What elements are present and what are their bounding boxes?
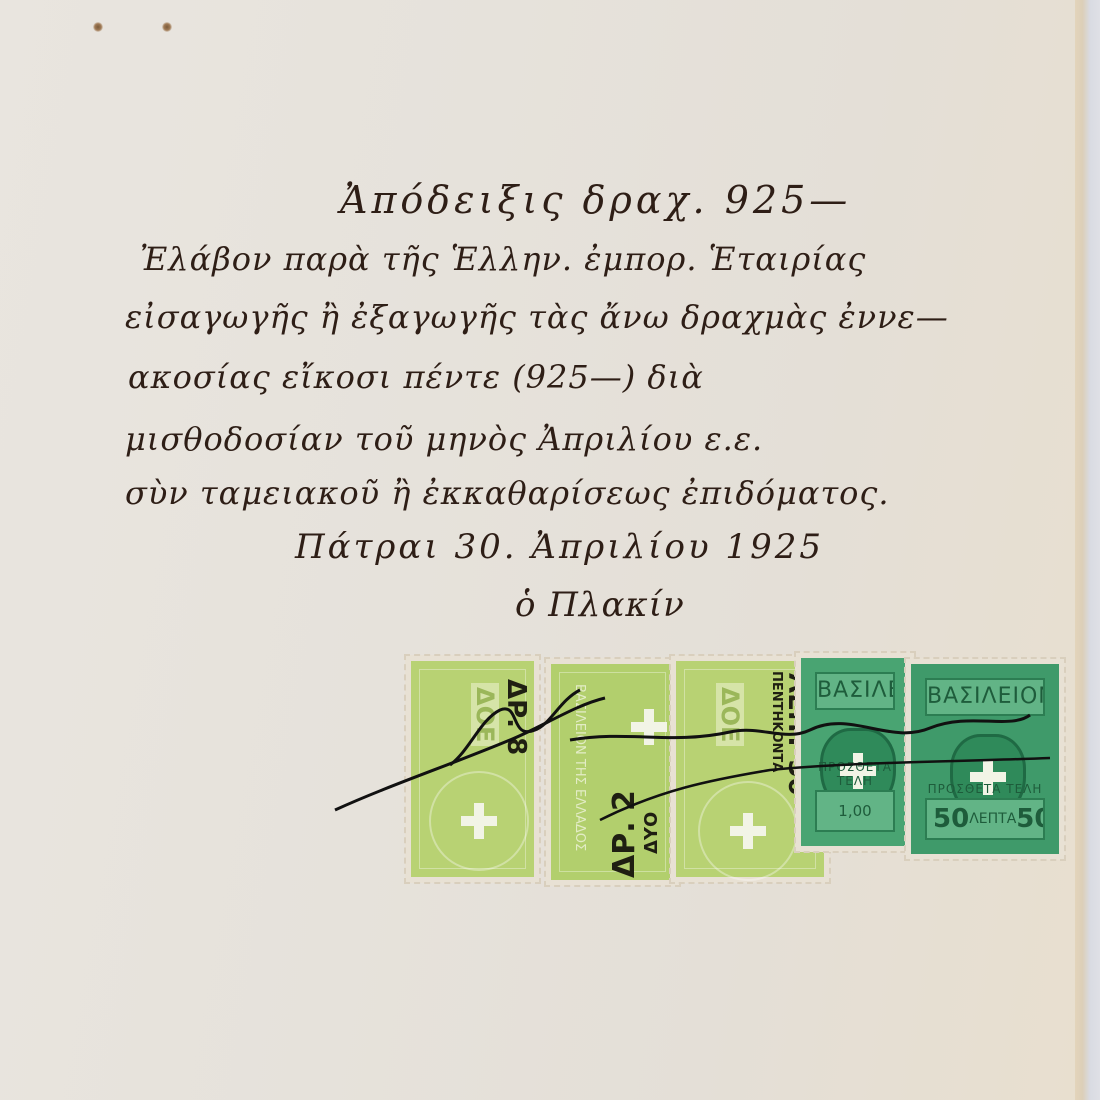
stamp-header: ΒΑΣΙΛΕΙΟΝ [815,672,895,710]
pin-hole-left [93,22,103,32]
stamp-side-text: ΒΑΣΙΛΕΙΟΝ ΤΗΣ ΕΛΛΑΔΟΣ [572,684,587,851]
cross-icon [461,803,497,839]
signatory-line: ὁ Πλακίν [515,585,685,625]
body-line-2: εἰσαγωγῆς ἢ ἐξαγωγῆς τὰς ἄνω δραχμὰς ἐνν… [125,298,949,336]
stamp-value-unit: ΛΕΠΤΑ [969,800,1016,838]
cross-icon [730,813,766,849]
stamp-8-drachma: ΔΟΕ ΔΡ. 8 ΟΚΤΩ [405,655,540,883]
date-line: Πάτραι 30. Ἀπριλίου 1925 [295,527,824,567]
body-line-1: Ἐλάβον παρὰ τῆς Ἑλλην. ἐμπορ. Ἑταιρίας [140,240,866,278]
stamp-value-text: ΔΥΟ [641,812,662,854]
body-line-3: ακοσίας εἴκοσι πέντε (925—) διὰ [128,358,704,396]
stamp-2-drachma: ΒΑΣΙΛΕΙΟΝ ΤΗΣ ΕΛΛΑΔΟΣ ΔΡ. 2 ΔΥΟ [545,658,680,886]
stamp-50-lepta-green: ΒΑΣΙΛΕΙΟΝ ΠΡΟΣΘΕΤΑ ΤΕΛΗ 50 ΛΕΠΤΑ 50 [905,658,1065,860]
cross-icon [631,709,667,745]
stamp-panel: ΔΟΕ [716,683,744,746]
stamp-header: ΒΑΣΙΛΕΙΟΝ [925,678,1045,716]
stamp-label: ΠΡΟΣΘΕΤΑ ΤΕΛΗ [911,782,1059,796]
paper-edge [1075,0,1100,1100]
receipt-paper: Ἀπόδειξις δραχ. 925— Ἐλάβον παρὰ τῆς Ἑλλ… [0,0,1075,1100]
stamp-1-drachma-green: ΒΑΣΙΛΕΙΟΝ ΠΡΟΣΘΕΤΑ ΤΕΛΗ 1,00 ΔΡΑΧΜΗ [795,652,915,852]
stamp-overprint: ΔΡ. 2 [607,790,642,878]
stamp-value-left: 50 [933,800,969,838]
coat-of-arms-seal [698,781,798,881]
pin-hole-right [162,22,172,32]
stamp-value-right: 50 [1016,800,1045,838]
stamp-label: ΠΡΟΣΘΕΤΑ ΤΕΛΗ [801,760,909,788]
revenue-stamps: ΔΟΕ ΔΡ. 8 ΟΚΤΩ ΒΑΣΙΛΕΙΟΝ ΤΗΣ ΕΛΛΑΔΟΣ ΔΡ.… [400,650,1080,890]
body-line-5: σὺν ταμειακοῦ ἢ ἐκκαθαρίσεως ἐπιδόματος. [125,474,890,512]
stamp-overprint: ΔΡ. 8 [501,679,531,755]
stamp-value: 50 ΛΕΠΤΑ 50 [925,798,1045,840]
stamp-value-text: ΠΕΝΤΗΚΟΝΤΑ [769,671,784,772]
body-line-4: μισθοδοσίαν τοῦ μηνὸς Ἀπριλίου ε.ε. [125,420,763,458]
stamp-value: 1,00 ΔΡΑΧΜΗ [815,790,895,832]
stamp-panel: ΔΟΕ [471,683,499,746]
receipt-title: Ἀπόδειξις δραχ. 925— [340,178,851,222]
coat-of-arms-seal [429,771,529,871]
